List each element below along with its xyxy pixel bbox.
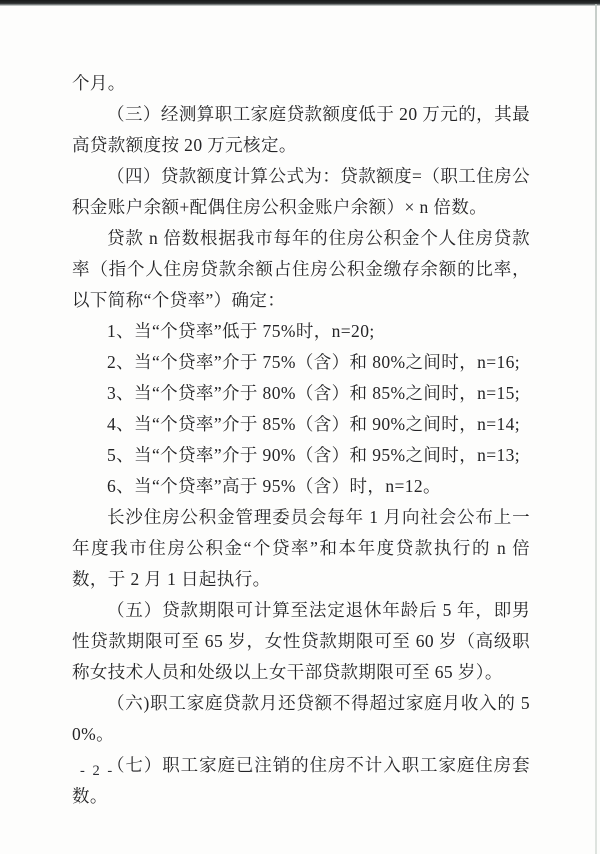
list-item-4: 4、当“个贷率”介于 85%（含）和 90%之间时，n=14; <box>72 409 530 440</box>
list-item-3: 3、当“个贷率”介于 80%（含）和 85%之间时，n=15; <box>72 378 530 409</box>
document-page: 个月。 （三）经测算职工家庭贷款额度低于 20 万元的，其最高贷款额度按 20 … <box>0 0 600 854</box>
paragraph: （五）贷款期限可计算至法定退休年龄后 5 年，即男性贷款期限可至 65 岁，女性… <box>72 595 530 688</box>
paragraph: （七）职工家庭已注销的住房不计入职工家庭住房套数。 <box>72 750 530 812</box>
paragraph: 个月。 <box>72 68 530 99</box>
scan-edge-top <box>0 0 600 6</box>
list-item-5: 5、当“个贷率”介于 90%（含）和 95%之间时，n=13; <box>72 440 530 471</box>
list-item-6: 6、当“个贷率”高于 95%（含）时，n=12。 <box>72 471 530 502</box>
page-number: - 2 - <box>80 763 114 780</box>
document-body: 个月。 （三）经测算职工家庭贷款额度低于 20 万元的，其最高贷款额度按 20 … <box>72 68 530 812</box>
paragraph: （六)职工家庭贷款月还贷额不得超过家庭月收入的 50%。 <box>72 688 530 750</box>
list-item-1: 1、当“个贷率”低于 75%时，n=20; <box>72 316 530 347</box>
paragraph: （三）经测算职工家庭贷款额度低于 20 万元的，其最高贷款额度按 20 万元核定… <box>72 99 530 161</box>
paragraph: 长沙住房公积金管理委员会每年 1 月向社会公布上一年度我市住房公积金“个贷率”和… <box>72 502 530 595</box>
scan-edge-right <box>595 4 597 854</box>
paragraph: （四）贷款额度计算公式为：贷款额度=（职工住房公积金账户余额+配偶住房公积金账户… <box>72 161 530 223</box>
list-item-2: 2、当“个贷率”介于 75%（含）和 80%之间时，n=16; <box>72 347 530 378</box>
paragraph: 贷款 n 倍数根据我市每年的住房公积金个人住房贷款率（指个人住房贷款余额占住房公… <box>72 223 530 316</box>
